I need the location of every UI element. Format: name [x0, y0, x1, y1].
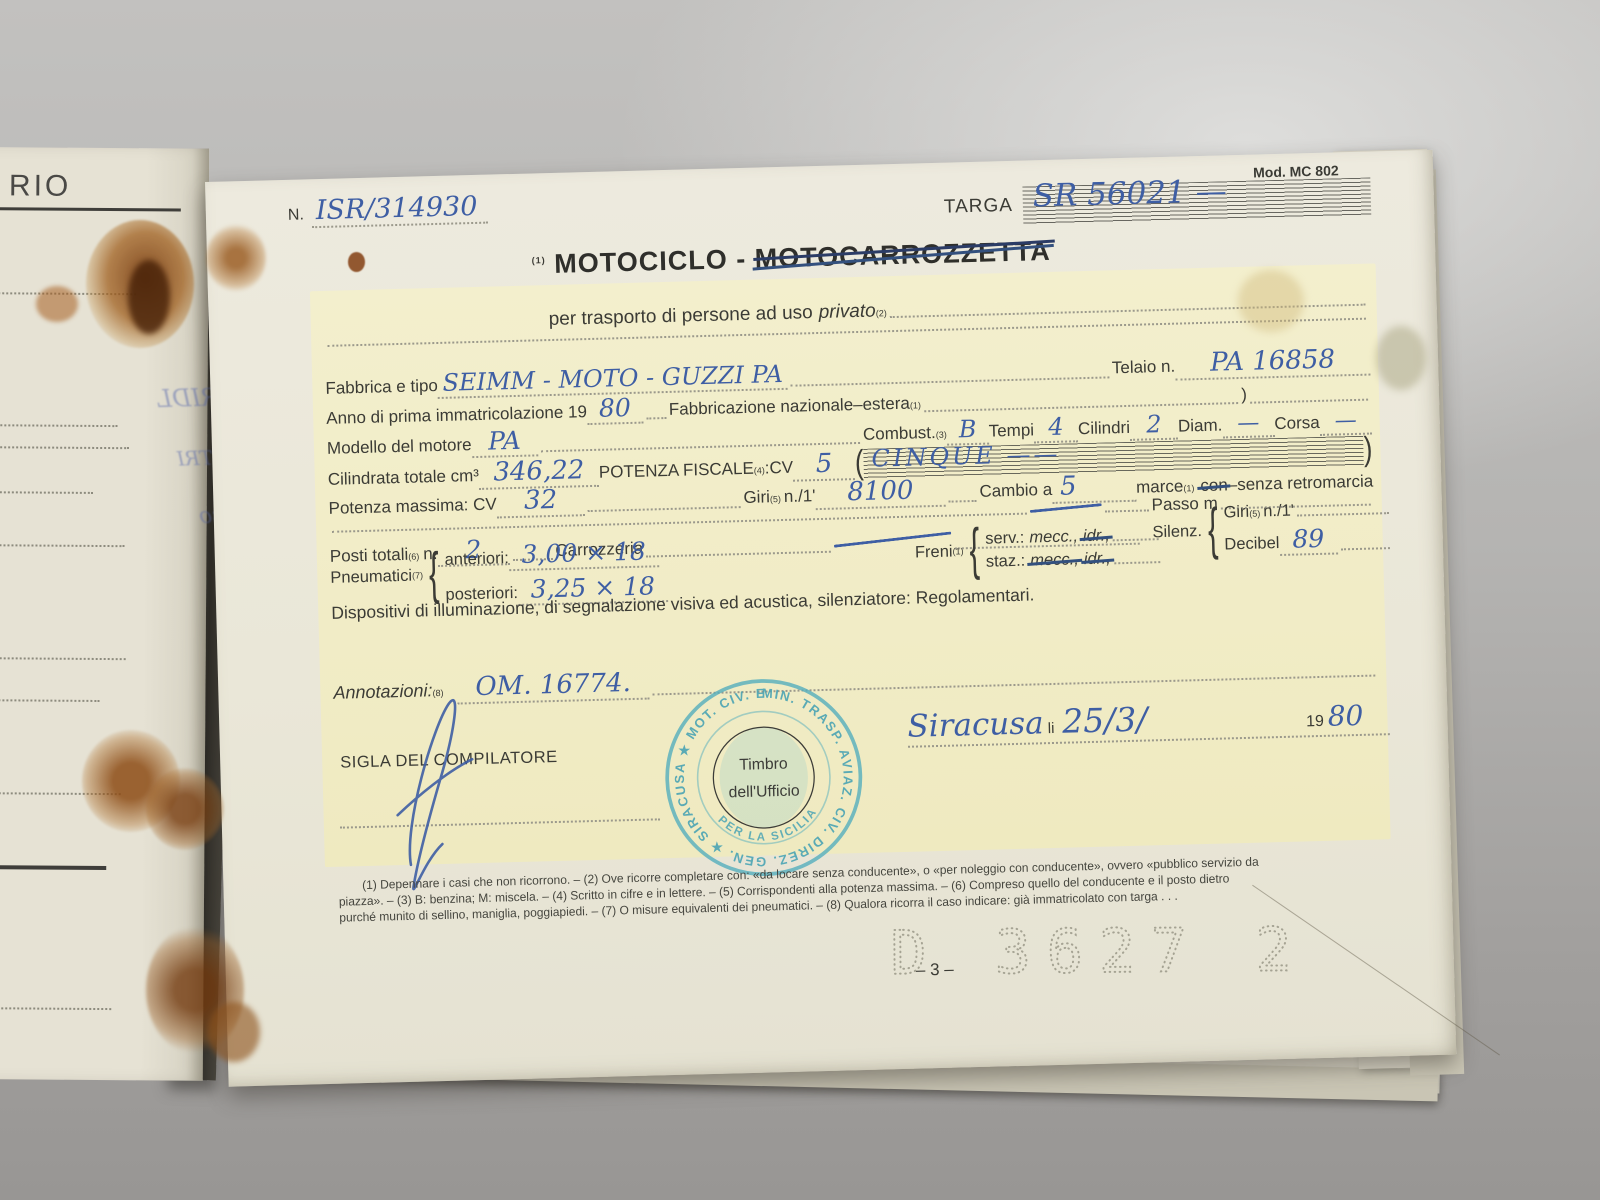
- freni-block: Freni (1) { serv.: mecc., idr., staz.: m…: [914, 525, 1163, 573]
- telaio-label: Telaio n.: [1112, 357, 1176, 379]
- diam-value: —: [1222, 410, 1275, 438]
- freni-staz-label: staz.:: [986, 552, 1026, 572]
- silenz-decibel-label: Decibel: [1224, 534, 1280, 554]
- date-day-month: 25/3/: [1062, 700, 1148, 741]
- left-page: RIO MERIDL PIASTRI Corso: [0, 147, 209, 1080]
- cilindri-label: Cilindri: [1078, 418, 1130, 439]
- silenz-giri-label: Giri: [1223, 503, 1249, 523]
- serial-value: ISR/314930: [311, 191, 487, 229]
- title-struck-word: MOTOCARROZZETTA: [754, 236, 1051, 275]
- potenza-fiscale-words: CINQUE ——: [871, 439, 1061, 472]
- cilindrata-label: Cilindrata totale cm³: [328, 466, 480, 490]
- fabbricazione-paren: ): [1241, 385, 1247, 405]
- registration-document-page: Mod. MC 802 N. ISR/314930 TARGA SR 56021…: [205, 150, 1456, 1087]
- stamp-center-line2: dell'Ufficio: [728, 783, 800, 802]
- silenz-decibel-value: 89: [1279, 523, 1338, 556]
- left-page-rule: [0, 207, 181, 211]
- diam-label: Diam.: [1178, 415, 1223, 436]
- anno-value: 80: [586, 393, 643, 425]
- silenz-label: Silenz.: [1152, 522, 1202, 542]
- modello-value: PA: [471, 425, 538, 458]
- serial-number-row: N. ISR/314930: [287, 191, 487, 229]
- stamp-center-line1: Timbro: [739, 756, 788, 774]
- cilindri-value: 2: [1130, 410, 1179, 441]
- silenz-block: Silenz. { Giri (5) n./1' Decibel 89: [1152, 499, 1393, 559]
- corsa-label: Corsa: [1274, 413, 1320, 434]
- tempi-label: Tempi: [988, 420, 1034, 441]
- svg-text:D 3627 2: D 3627 2: [890, 915, 1308, 989]
- left-page-rule-2: [0, 865, 106, 870]
- freni-serv-label: serv.:: [985, 529, 1025, 549]
- perforated-number: D 3627 2: [880, 903, 1421, 1003]
- targa-value: SR 56021 —: [1032, 173, 1227, 214]
- potenza-fiscale-label: POTENZA FISCALE: [599, 459, 754, 483]
- photo-background: RIO MERIDL PIASTRI Corso Mod. MC 802 N. …: [0, 0, 1600, 1200]
- pneumatici-anteriori-value: 3,00 × 18: [508, 536, 659, 571]
- serial-label: N.: [288, 206, 304, 224]
- freni-staz-struck-2: idr.,: [1084, 549, 1111, 569]
- freni-label: Freni: [915, 542, 953, 562]
- pneumatici-label: Pneumatici: [330, 566, 412, 587]
- date-city: Siracusa: [907, 705, 1044, 745]
- subtitle-emph: privato: [818, 300, 876, 323]
- freni-staz-struck-1: mecc.,: [1030, 550, 1079, 570]
- date-year: 80: [1327, 699, 1363, 733]
- office-stamp: MIN. TRASP. AVIAZ. CIV. DIREZ. GEN. ★ SI…: [656, 670, 871, 885]
- freni-serv-struck: idr.,: [1083, 526, 1110, 546]
- pneumatici-anteriori-label: anteriori:: [444, 549, 509, 570]
- title-main: MOTOCICLO: [554, 244, 728, 279]
- targa-row: TARGA SR 56021 —: [943, 177, 1371, 226]
- left-page-partial-title: RIO: [9, 169, 72, 203]
- targa-label: TARGA: [944, 195, 1014, 219]
- passo-hand-dash: [1030, 503, 1102, 513]
- modello-label: Modello del motore: [327, 435, 472, 459]
- compiler-signature: [366, 662, 522, 901]
- targa-ruled-lines: SR 56021 —: [1022, 177, 1371, 224]
- combust-label: Combust.: [863, 423, 936, 445]
- title-note: (1): [532, 255, 546, 265]
- fabbrica-label: Fabbrica e tipo: [325, 376, 438, 399]
